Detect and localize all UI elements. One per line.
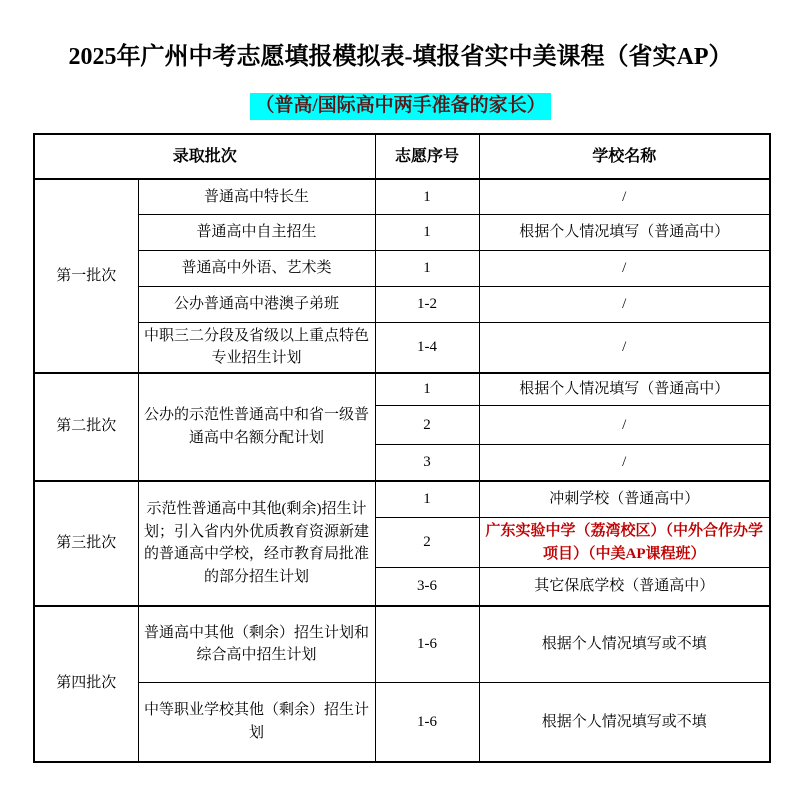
order-cell: 3-6 bbox=[375, 568, 479, 606]
order-cell: 1 bbox=[375, 250, 479, 286]
document-page: 2025年广州中考志愿填报模拟表-填报省实中美课程（省实AP） （普高/国际高中… bbox=[0, 0, 801, 791]
order-cell: 1 bbox=[375, 373, 479, 406]
batch-name-4: 第四批次 bbox=[34, 606, 138, 762]
category-cell: 中职三二分段及省级以上重点特色专业招生计划 bbox=[138, 322, 375, 373]
school-cell: 根据个人情况填写（普通高中） bbox=[479, 214, 770, 250]
batch-name-3: 第三批次 bbox=[34, 481, 138, 606]
order-cell: 2 bbox=[375, 406, 479, 445]
school-cell: 根据个人情况填写或不填 bbox=[479, 606, 770, 683]
school-cell: / bbox=[479, 406, 770, 445]
batch-name-2: 第二批次 bbox=[34, 373, 138, 481]
school-cell: / bbox=[479, 250, 770, 286]
subtitle-row: （普高/国际高中两手准备的家长） bbox=[0, 93, 801, 120]
table-row: 中等职业学校其他（剩余）招生计划 1-6 根据个人情况填写或不填 bbox=[34, 683, 770, 762]
school-cell-highlighted: 广东实验中学（荔湾校区）（中外合作办学项目）（中美AP课程班） bbox=[479, 518, 770, 568]
order-cell: 1-6 bbox=[375, 683, 479, 762]
school-cell: 根据个人情况填写或不填 bbox=[479, 683, 770, 762]
category-cell: 普通高中特长生 bbox=[138, 179, 375, 214]
school-cell: 根据个人情况填写（普通高中） bbox=[479, 373, 770, 406]
category-cell: 普通高中外语、艺术类 bbox=[138, 250, 375, 286]
order-cell: 1 bbox=[375, 481, 479, 518]
batch-name-1: 第一批次 bbox=[34, 179, 138, 373]
column-header-school: 学校名称 bbox=[479, 134, 770, 179]
order-cell: 1 bbox=[375, 179, 479, 214]
category-cell: 公办普通高中港澳子弟班 bbox=[138, 286, 375, 322]
table-row: 第四批次 普通高中其他（剩余）招生计划和综合高中招生计划 1-6 根据个人情况填… bbox=[34, 606, 770, 683]
table-row: 公办普通高中港澳子弟班 1-2 / bbox=[34, 286, 770, 322]
table-row: 普通高中自主招生 1 根据个人情况填写（普通高中） bbox=[34, 214, 770, 250]
column-header-batch: 录取批次 bbox=[34, 134, 375, 179]
school-cell: 其它保底学校（普通高中） bbox=[479, 568, 770, 606]
school-cell: / bbox=[479, 322, 770, 373]
table-row: 第一批次 普通高中特长生 1 / bbox=[34, 179, 770, 214]
order-cell: 1-2 bbox=[375, 286, 479, 322]
table-row: 中职三二分段及省级以上重点特色专业招生计划 1-4 / bbox=[34, 322, 770, 373]
school-cell: / bbox=[479, 445, 770, 481]
category-cell: 普通高中其他（剩余）招生计划和综合高中招生计划 bbox=[138, 606, 375, 683]
school-cell: / bbox=[479, 179, 770, 214]
page-title: 2025年广州中考志愿填报模拟表-填报省实中美课程（省实AP） bbox=[0, 0, 801, 71]
school-cell: 冲刺学校（普通高中） bbox=[479, 481, 770, 518]
column-header-order: 志愿序号 bbox=[375, 134, 479, 179]
table-row: 第三批次 示范性普通高中其他(剩余)招生计划；引入省内外优质教育资源新建的普通高… bbox=[34, 481, 770, 518]
table-row: 第二批次 公办的示范性普通高中和省一级普通高中名额分配计划 1 根据个人情况填写… bbox=[34, 373, 770, 406]
category-cell: 中等职业学校其他（剩余）招生计划 bbox=[138, 683, 375, 762]
admission-batch-table: 录取批次 志愿序号 学校名称 第一批次 普通高中特长生 1 / 普通高中自主招生… bbox=[33, 133, 771, 763]
table-row: 普通高中外语、艺术类 1 / bbox=[34, 250, 770, 286]
category-cell: 公办的示范性普通高中和省一级普通高中名额分配计划 bbox=[138, 373, 375, 481]
order-cell: 1 bbox=[375, 214, 479, 250]
school-cell: / bbox=[479, 286, 770, 322]
page-subtitle: （普高/国际高中两手准备的家长） bbox=[250, 93, 550, 120]
category-cell: 普通高中自主招生 bbox=[138, 214, 375, 250]
table-header-row: 录取批次 志愿序号 学校名称 bbox=[34, 134, 770, 179]
order-cell: 1-4 bbox=[375, 322, 479, 373]
order-cell: 3 bbox=[375, 445, 479, 481]
category-cell: 示范性普通高中其他(剩余)招生计划；引入省内外优质教育资源新建的普通高中学校，经… bbox=[138, 481, 375, 606]
order-cell: 1-6 bbox=[375, 606, 479, 683]
order-cell: 2 bbox=[375, 518, 479, 568]
